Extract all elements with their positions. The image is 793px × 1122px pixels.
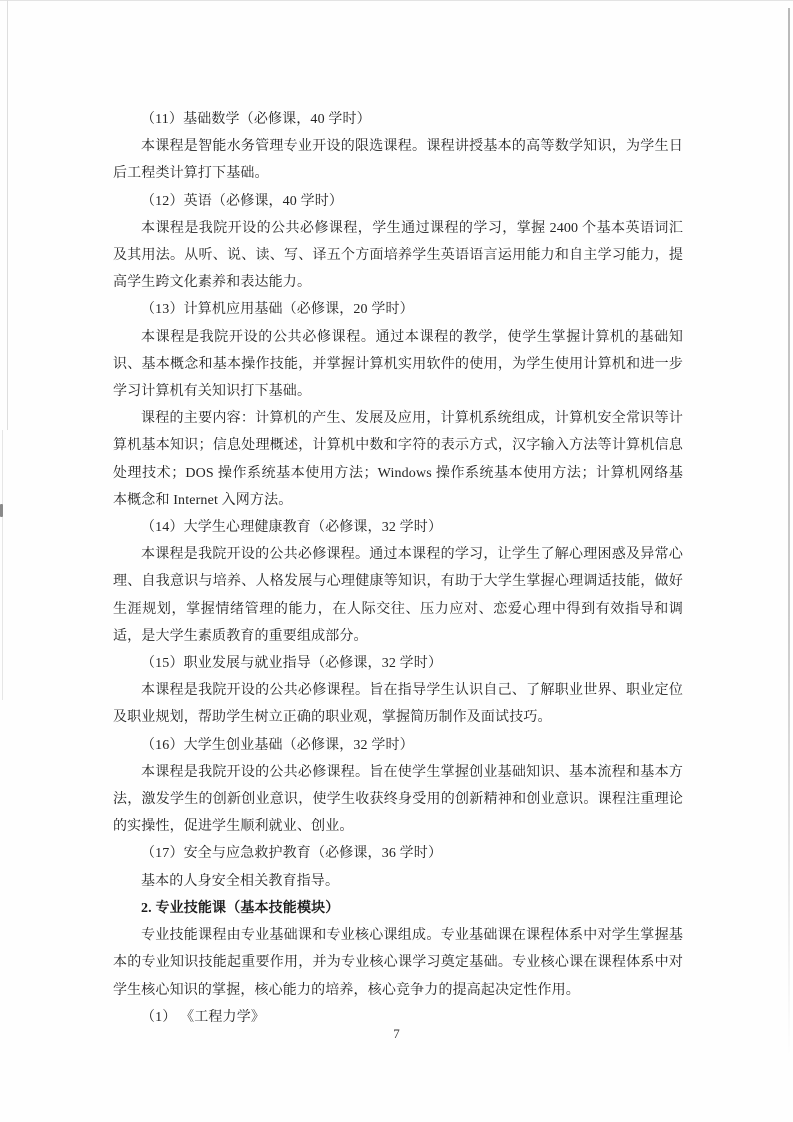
paragraph: （15）职业发展与就业指导（必修课，32 学时）	[113, 650, 683, 677]
paragraph: 本课程是我院开设的公共必修课程。旨在指导学生认识自己、了解职业世界、职业定位及职…	[113, 677, 683, 731]
scan-edge-left-lower	[2, 430, 3, 700]
page-footer: 7	[0, 1026, 793, 1042]
paragraph: 课程的主要内容：计算机的产生、发展及应用，计算机系统组成，计算机安全常识等计算机…	[113, 405, 683, 514]
paragraph: （11）基础数学（必修课，40 学时）	[113, 106, 683, 133]
scan-mark	[0, 504, 3, 517]
paragraph: （14）大学生心理健康教育（必修课，32 学时）	[113, 514, 683, 541]
scan-edge-top	[0, 0, 793, 1]
scan-edge-left	[7, 0, 8, 430]
text-body: （11）基础数学（必修课，40 学时）本课程是智能水务管理专业开设的限选课程。课…	[113, 106, 683, 1031]
scan-edge-right	[788, 8, 790, 1058]
paragraph: （16）大学生创业基础（必修课，32 学时）	[113, 732, 683, 759]
paragraph: 2. 专业技能课（基本技能模块）	[113, 895, 683, 922]
paragraph: （13）计算机应用基础（必修课，20 学时）	[113, 296, 683, 323]
document-page: （11）基础数学（必修课，40 学时）本课程是智能水务管理专业开设的限选课程。课…	[0, 0, 793, 1122]
paragraph: 本课程是我院开设的公共必修课程。旨在使学生掌握创业基础知识、基本流程和基本方法，…	[113, 759, 683, 841]
paragraph: 专业技能课程由专业基础课和专业核心课组成。专业基础课在课程体系中对学生掌握基本的…	[113, 922, 683, 1004]
paragraph: 本课程是我院开设的公共必修课程。通过本课程的教学，使学生掌握计算机的基础知识、基…	[113, 324, 683, 406]
paragraph: （17）安全与应急救护教育（必修课，36 学时）	[113, 840, 683, 867]
page-number: 7	[393, 1026, 400, 1041]
paragraph: 基本的人身安全相关教育指导。	[113, 868, 683, 895]
paragraph: 本课程是我院开设的公共必修课程。通过本课程的学习，让学生了解心理困惑及异常心理、…	[113, 541, 683, 650]
paragraph: （12）英语（必修课，40 学时）	[113, 188, 683, 215]
paragraph: 本课程是智能水务管理专业开设的限选课程。课程讲授基本的高等数学知识，为学生日后工…	[113, 133, 683, 187]
paragraph: 本课程是我院开设的公共必修课程，学生通过课程的学习，掌握 2400 个基本英语词…	[113, 215, 683, 297]
